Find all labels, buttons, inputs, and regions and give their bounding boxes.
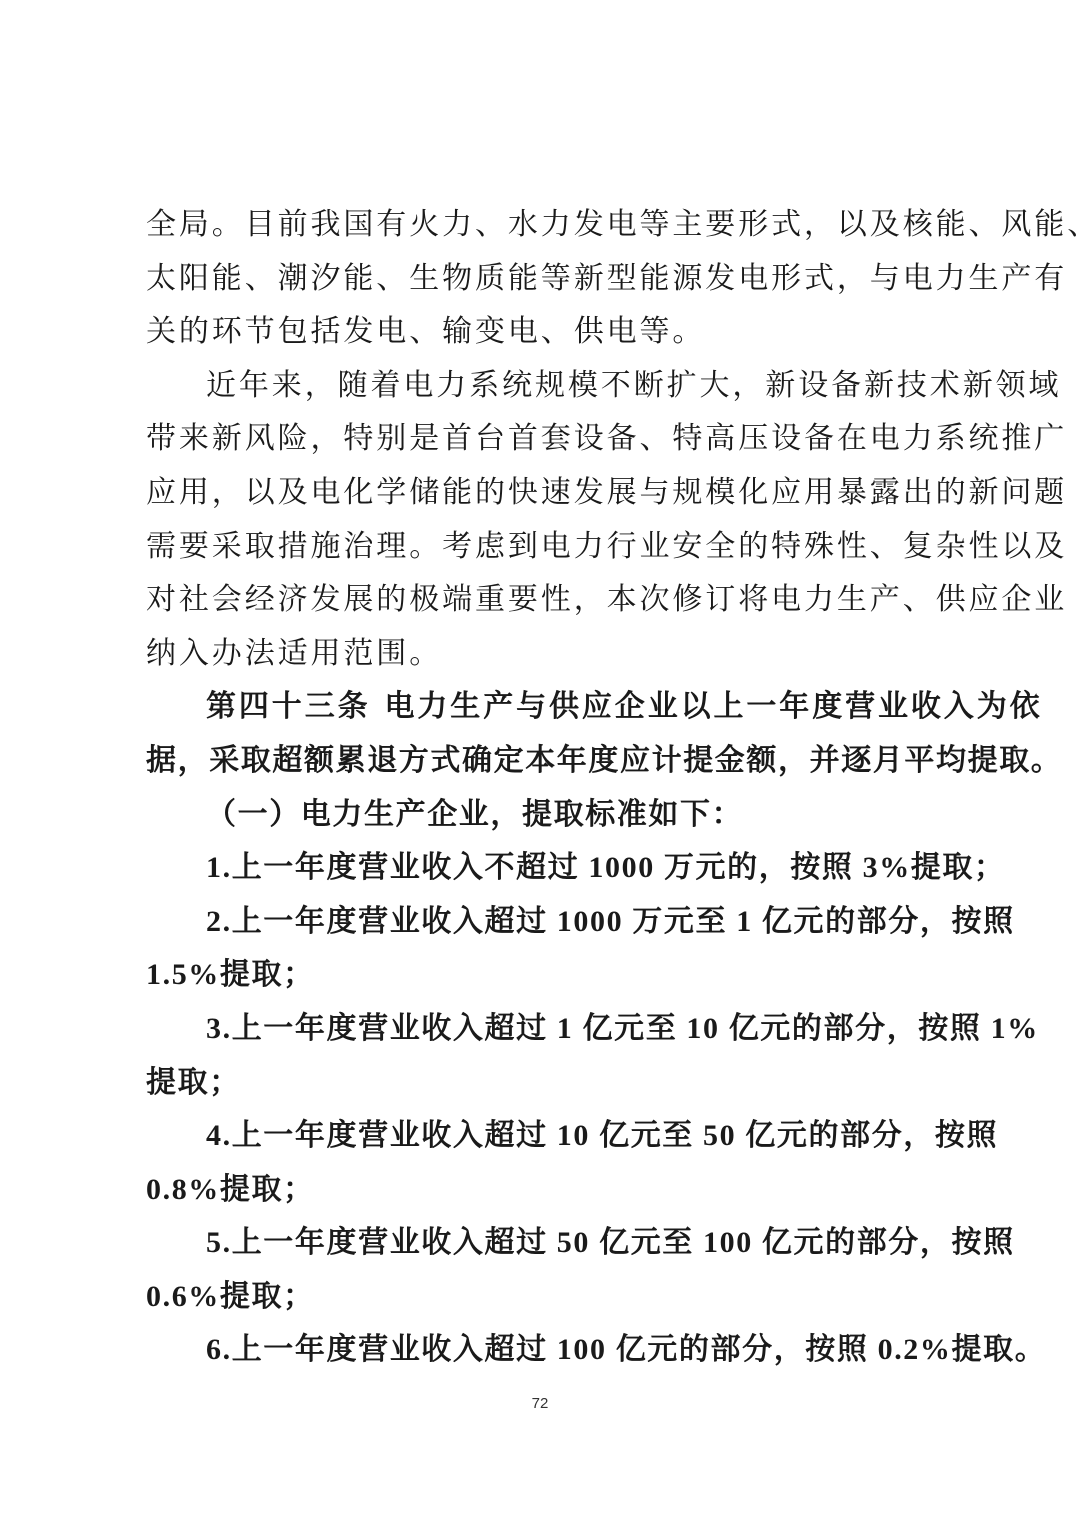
list-item: 4.上一年度营业收入超过 10 亿元至 50 亿元的部分，按照 0.8%提取； [146,1109,948,1216]
list-item-text: 3.上一年度营业收入超过 1 亿元至 10 亿元的部分，按照 1% [146,1002,948,1056]
text-line: 纳入办法适用范围。 [146,627,948,681]
list-item-text: 2.上一年度营业收入超过 1000 万元至 1 亿元的部分，按照 [146,895,948,949]
list-item-text: 5.上一年度营业收入超过 50 亿元至 100 亿元的部分，按照 [146,1216,948,1270]
text-line: 对社会经济发展的极端重要性，本次修订将电力生产、供应企业 [146,573,948,627]
article-text: 电力生产与供应企业以上一年度营业收入为依 [385,689,1043,724]
document-page: 全局。目前我国有火力、水力发电等主要形式，以及核能、风能、 太阳能、潮汐能、生物… [0,0,1080,1527]
paragraph-rationale: 近年来，随着电力系统规模不断扩大，新设备新技术新领域 带来新风险，特别是首台首套… [146,359,948,681]
text-line: 近年来，随着电力系统规模不断扩大，新设备新技术新领域 [146,359,948,413]
text-line: 太阳能、潮汐能、生物质能等新型能源发电形式，与电力生产有 [146,252,948,306]
list-item: 3.上一年度营业收入超过 1 亿元至 10 亿元的部分，按照 1% 提取； [146,1002,948,1109]
list-item: 5.上一年度营业收入超过 50 亿元至 100 亿元的部分，按照 0.6%提取； [146,1216,948,1323]
article-number: 第四十三条 [206,689,371,724]
list-item-text: 1.5%提取； [146,948,948,1002]
page-number: 72 [0,1395,1080,1412]
article-43: 第四十三条电力生产与供应企业以上一年度营业收入为依 据，采取超额累退方式确定本年… [146,680,948,787]
text-line: 全局。目前我国有火力、水力发电等主要形式，以及核能、风能、 [146,198,948,252]
list-item-text: 提取； [146,1056,948,1110]
text-line: 关的环节包括发电、输变电、供电等。 [146,305,948,359]
list-item: 1.上一年度营业收入不超过 1000 万元的，按照 3%提取； [146,841,948,895]
section-heading: （一）电力生产企业，提取标准如下： [146,788,948,842]
text-line: 应用，以及电化学储能的快速发展与规模化应用暴露出的新问题 [146,466,948,520]
text-line: 据，采取超额累退方式确定本年度应计提金额，并逐月平均提取。 [146,734,948,788]
list-item-text: 1.上一年度营业收入不超过 1000 万元的，按照 3%提取； [146,841,948,895]
paragraph-context: 全局。目前我国有火力、水力发电等主要形式，以及核能、风能、 太阳能、潮汐能、生物… [146,198,948,359]
text-line: 带来新风险，特别是首台首套设备、特高压设备在电力系统推广 [146,412,948,466]
document-body: 全局。目前我国有火力、水力发电等主要形式，以及核能、风能、 太阳能、潮汐能、生物… [146,198,948,1377]
list-item-text: 6.上一年度营业收入超过 100 亿元的部分，按照 0.2%提取。 [146,1323,948,1377]
rate-list: 1.上一年度营业收入不超过 1000 万元的，按照 3%提取； 2.上一年度营业… [146,841,948,1377]
section-heading-text: （一）电力生产企业，提取标准如下： [146,788,948,842]
list-item-text: 4.上一年度营业收入超过 10 亿元至 50 亿元的部分，按照 [146,1109,948,1163]
text-line: 需要采取措施治理。考虑到电力行业安全的特殊性、复杂性以及 [146,520,948,574]
list-item-text: 0.8%提取； [146,1163,948,1217]
list-item: 2.上一年度营业收入超过 1000 万元至 1 亿元的部分，按照 1.5%提取； [146,895,948,1002]
list-item: 6.上一年度营业收入超过 100 亿元的部分，按照 0.2%提取。 [146,1323,948,1377]
list-item-text: 0.6%提取； [146,1270,948,1324]
article-first-line: 第四十三条电力生产与供应企业以上一年度营业收入为依 [146,680,948,734]
